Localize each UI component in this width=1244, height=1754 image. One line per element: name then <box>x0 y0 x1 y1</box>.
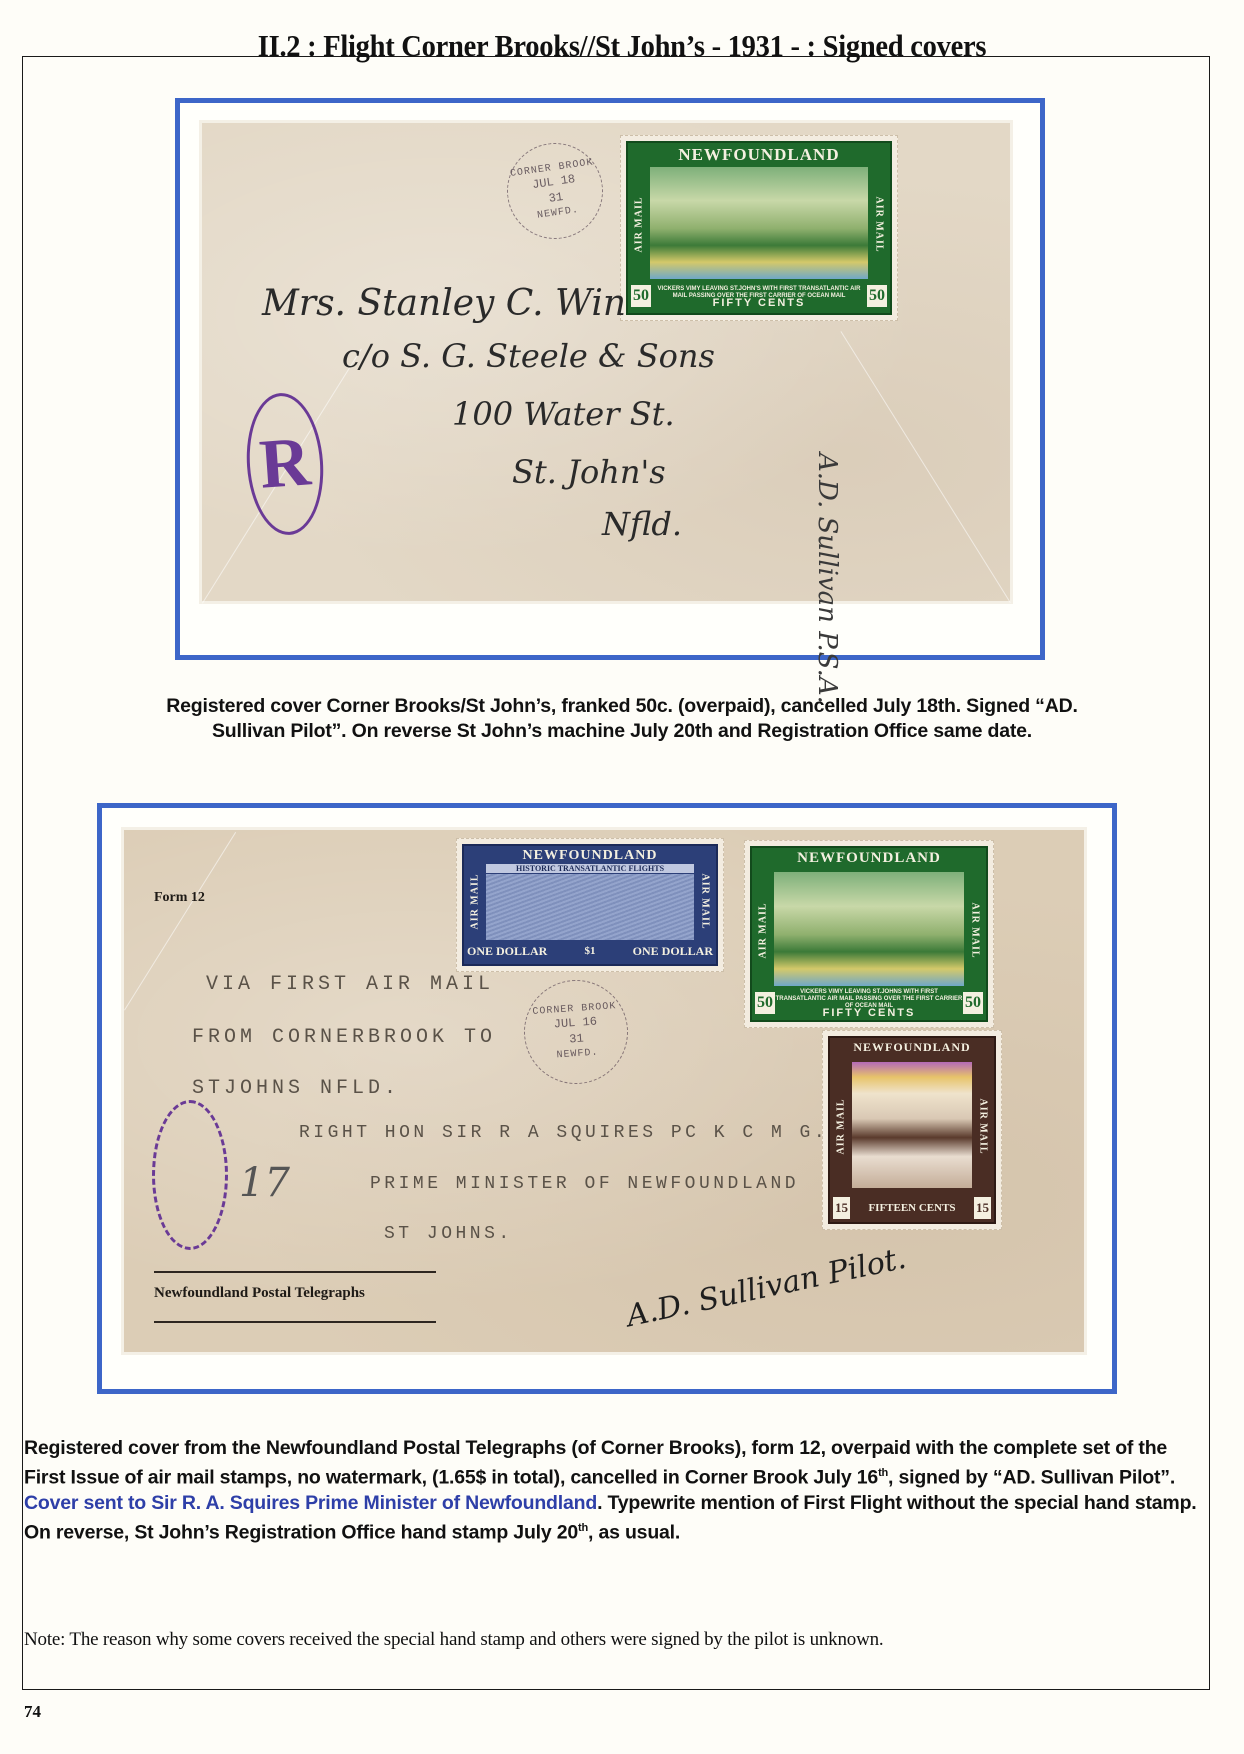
stamp-denomination: FIFTY CENTS <box>775 1010 963 1017</box>
form-rule <box>154 1321 436 1323</box>
stamp-denomination: FIFTEEN CENTS <box>868 1202 955 1214</box>
postmark-year: 31 <box>569 1031 584 1048</box>
stamp-side-label: AIR MAIL <box>966 874 984 986</box>
postmark-region: NEWFD. <box>536 204 579 223</box>
address-line: ST JOHNS. <box>384 1224 513 1244</box>
form-rule <box>154 1271 436 1273</box>
stamp-50c-cover-2: NEWFOUNDLAND AIR MAIL AIR MAIL 50 VICKER… <box>744 840 994 1028</box>
typed-line: VIA FIRST AIR MAIL <box>206 973 494 996</box>
stamp-side-label: AIR MAIL <box>974 1064 992 1188</box>
envelope-flap-line <box>840 331 1010 603</box>
address-line: Nfld. <box>602 505 682 543</box>
typed-line: STJOHNS NFLD. <box>192 1077 400 1100</box>
registration-mark: R <box>242 391 328 538</box>
address-line: PRIME MINISTER OF NEWFOUNDLAND <box>370 1174 799 1194</box>
caption-superscript: th <box>578 1522 588 1534</box>
cover-1-postmark: CORNER BROOK JUL 18 31 NEWFD. <box>501 137 609 245</box>
cover-1-mount: CORNER BROOK JUL 18 31 NEWFD. NEWFOUNDLA… <box>175 98 1045 660</box>
stamp-vignette-aircraft-ship <box>774 872 964 986</box>
page-number: 74 <box>24 1702 41 1722</box>
stamp-side-label: AIR MAIL <box>754 874 772 986</box>
pilot-signature: A.D. Sullivan P.S.A. <box>812 453 842 704</box>
pilot-signature: A.D. Sullivan Pilot. <box>623 1241 909 1334</box>
caption-highlight: Cover sent to Sir R. A. Squires Prime Mi… <box>24 1492 597 1514</box>
registration-mark <box>152 1100 228 1250</box>
page-note: Note: The reason why some covers receive… <box>24 1629 883 1651</box>
stamp-denomination: ONE DOLLAR <box>633 944 713 959</box>
stamp-denomination: FIFTY CENTS <box>651 300 867 307</box>
address-line: Mrs. Stanley C. Win <box>262 283 626 324</box>
address-line: 100 Water St. <box>452 395 675 433</box>
registration-number: 17 <box>239 1160 290 1206</box>
page-title: II.2 : Flight Corner Brooks//St John’s -… <box>50 28 1194 64</box>
cover-2-caption: Registered cover from the Newfoundland P… <box>24 1436 1210 1545</box>
form-label: Form 12 <box>154 890 205 906</box>
stamp-value: $1 <box>583 940 598 962</box>
address-line: c/o S. G. Steele & Sons <box>342 337 715 375</box>
cover-2-postmark: CORNER BROOK JUL 16 31 NEWFD. <box>520 976 631 1087</box>
address-line: RIGHT HON SIR R A SQUIRES PC K C M G. <box>299 1123 828 1143</box>
stamp-1-dollar: NEWFOUNDLAND HISTORIC TRANSATLANTIC FLIG… <box>456 838 724 972</box>
stamp-side-label: AIR MAIL <box>696 872 714 930</box>
stamp-subtitle: HISTORIC TRANSATLANTIC FLIGHTS <box>486 864 694 873</box>
stamp-value: 15 <box>833 1197 850 1219</box>
address-line: St. John's <box>512 453 666 491</box>
stamp-vignette-map <box>486 874 694 940</box>
stamp-country: NEWFOUNDLAND <box>628 145 890 165</box>
stamp-country: NEWFOUNDLAND <box>830 1040 994 1055</box>
stamp-vignette-aircraft-ship <box>650 167 868 279</box>
stamp-side-label: AIR MAIL <box>630 169 648 279</box>
caption-text: , as usual. <box>588 1521 680 1543</box>
postmark-date: JUL 16 <box>553 1015 597 1034</box>
stamp-value: 50 <box>963 992 983 1014</box>
cover-2-mount: Form 12 VIA FIRST AIR MAIL FROM CORNERBR… <box>97 803 1117 1394</box>
stamp-country: NEWFOUNDLAND <box>464 848 716 864</box>
stamp-country: NEWFOUNDLAND <box>752 850 986 867</box>
typed-line: FROM CORNERBROOK TO <box>192 1026 496 1049</box>
stamp-side-label: AIR MAIL <box>466 872 484 930</box>
cover-1-envelope: CORNER BROOK JUL 18 31 NEWFD. NEWFOUNDLA… <box>202 123 1010 601</box>
stamp-value: 50 <box>755 992 775 1014</box>
stamp-15c: NEWFOUNDLAND AIR MAIL AIR MAIL 15 FIFTEE… <box>822 1030 1002 1230</box>
stamp-side-label: AIR MAIL <box>832 1064 850 1188</box>
stamp-denomination: ONE DOLLAR <box>467 944 547 959</box>
caption-text: , signed by “AD. Sullivan Pilot”. <box>888 1467 1175 1489</box>
stamp-50c-cover-1: NEWFOUNDLAND AIR MAIL AIR MAIL 50 VICKER… <box>620 135 898 321</box>
stamp-value: 50 <box>867 285 887 307</box>
cover-2-envelope: Form 12 VIA FIRST AIR MAIL FROM CORNERBR… <box>124 830 1084 1352</box>
stamp-value: 15 <box>974 1197 991 1219</box>
cover-1-caption: Registered cover Corner Brooks/St John’s… <box>30 694 1214 744</box>
postmark-region: NEWFD. <box>556 1046 599 1062</box>
stamp-vignette-dog-sled <box>852 1062 972 1188</box>
caption-line: Registered cover Corner Brooks/St John’s… <box>30 694 1214 719</box>
caption-superscript: th <box>878 1467 888 1479</box>
stamp-value: 50 <box>631 285 651 307</box>
form-footer-label: Newfoundland Postal Telegraphs <box>154 1285 365 1302</box>
stamp-side-label: AIR MAIL <box>870 169 888 279</box>
caption-line: Sullivan Pilot”. On reverse St John’s ma… <box>30 719 1214 744</box>
